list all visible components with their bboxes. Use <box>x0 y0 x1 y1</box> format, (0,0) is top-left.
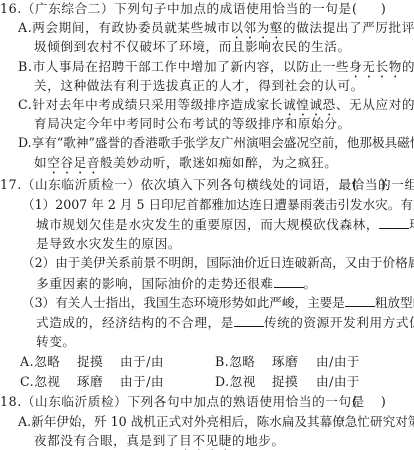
q17-s2-text-post: 。 <box>304 276 317 291</box>
choice-d-word3: 由/由于 <box>316 374 360 390</box>
q16-d-emphasized-idiom: 空谷足音 <box>47 155 100 170</box>
q16-a-text-post: 的做法提出了严厉批评，认为将垃 <box>283 20 414 35</box>
q16-c-text: C.针对去年中考成绩只采用等级排序造成家长 <box>18 97 283 112</box>
answer-paren-16[interactable]: ( ) <box>352 1 386 17</box>
q17-s3-text: （3）有关人士指出，我国生态环境形势如此严峻，主要是 <box>22 295 345 310</box>
choice-b-word2: 琢磨 <box>272 354 298 370</box>
choice-c-word3: 由于/由 <box>120 374 164 390</box>
q16-a-emphasized-idiom: 以邻为壑 <box>230 20 283 35</box>
q16-option-c-cont: 育局决定今年中考同时公布考试的等级排序和原始分。 <box>34 116 351 133</box>
answer-paren-18[interactable]: ( ) <box>352 394 386 410</box>
choice-b-word1: B.忽略 <box>215 354 255 370</box>
q17-sentence-3: （3）有关人士指出，我国生态环境形势如此严峻，主要是粗放型的经济增长方 <box>22 294 414 311</box>
q18-a-text-post: 的地步。 <box>232 433 285 448</box>
q17-sentence-1-cont: 城市规划欠佳是水灾发生的重要原因，而大规模砍伐森林，环境保护，也 <box>36 216 414 233</box>
question-16-text: 16.（广东综合二）下列句子中加点的成语使用恰当的一句是 <box>0 1 352 16</box>
q16-d-text: 如 <box>34 155 47 170</box>
q17-sentence-2-cont: 多重因素的影响，国际油价的走势还很难。 <box>36 275 317 292</box>
q16-option-a: A.两会期间，有政协委员就某些城市以邻为壑的做法提出了严厉批评，认为将垃 <box>18 20 414 37</box>
q18-option-a-cont: 夜都没有合眼，真是到了目不见睫的地步。 <box>34 433 285 450</box>
choice-a-word1: A.忽略 <box>20 354 60 370</box>
blank-2[interactable] <box>274 275 304 288</box>
q16-b-text: B.市人事局在招聘干部工作中增加了新内容，以防止一些 <box>18 59 349 74</box>
blank-3[interactable] <box>345 294 375 307</box>
q16-b-emphasized-idiom: 身无长物 <box>349 59 402 74</box>
choice-d-word1: D.忽视 <box>215 374 256 390</box>
q18-a-emphasized-idiom: 目不见睫 <box>179 433 232 448</box>
q16-c-emphasized-idiom: 诚惶诚恐 <box>283 97 336 112</box>
q16-d-text-post: 般美妙动听，歌迷如痴如醉，为之疯狂。 <box>100 155 338 170</box>
q17-s3-text-post: 粗放型的经济增长方 <box>375 295 414 310</box>
q17-s2-text: 多重因素的影响，国际油价的走势还很难 <box>36 276 274 291</box>
q17-s3-text-2-post: 传统的资源开发利用方式仍未根本 <box>264 315 414 330</box>
q16-c-text-post: 、无从应对的情况，市教 <box>336 97 414 112</box>
choice-c-word2: 琢磨 <box>77 374 103 390</box>
q17-sentence-3-cont: 式造成的，经济结构的不合理，是传统的资源开发利用方式仍未根本 <box>36 314 414 331</box>
q17-s3-text-2: 式造成的，经济结构的不合理，是 <box>36 315 234 330</box>
q16-b-text-post: 的人蒙混过 <box>402 59 414 74</box>
q16-option-b: B.市人事局在招聘干部工作中增加了新内容，以防止一些身无长物的人蒙混过 <box>18 59 414 76</box>
q17-s1-text: 城市规划欠佳是水灾发生的重要原因，而大规模砍伐森林， <box>36 217 379 232</box>
choice-a-word2: 捉摸 <box>77 354 103 370</box>
q17-sentence-2: （2）由于美伊关系前景不明朗，国际油价近日连破新高，又由于价格属性的变异等 <box>22 255 414 272</box>
q18-a-text: 夜都没有合眼，真是到了 <box>34 433 179 448</box>
blank-4[interactable] <box>234 314 264 327</box>
answer-paren-17[interactable]: ( ) <box>352 177 386 193</box>
q16-option-c: C.针对去年中考成绩只采用等级排序造成家长诚惶诚恐、无从应对的情况，市教 <box>18 97 414 114</box>
choice-d-word2: 捉摸 <box>272 374 298 390</box>
q16-option-d-cont: 如空谷足音般美妙动听，歌迷如痴如醉，为之疯狂。 <box>34 155 337 172</box>
q16-option-a-cont: 圾倾倒到农村不仅破坏了环境，而且影响农民的生活。 <box>34 39 351 56</box>
choice-b-word3: 由/由于 <box>316 354 360 370</box>
q16-a-text: A.两会期间，有政协委员就某些城市 <box>18 20 230 35</box>
choice-c-word1: C.忽视 <box>20 374 60 390</box>
q17-s1-text-post: 环境保护，也 <box>409 217 414 232</box>
q17-sentence-3-end: 转变。 <box>36 334 76 351</box>
q16-option-b-cont: 关，这种做法有利于选拔真正的人才，得到社会的认可。 <box>34 78 364 95</box>
exam-page: 16.（广东综合二）下列句子中加点的成语使用恰当的一句是 ( ) A.两会期间，… <box>0 0 414 450</box>
q17-sentence-1: （1）2007 年 2 月 5 日印尼首都雅加达连日遭暴雨袭击引发水灾。有关人士… <box>22 197 414 214</box>
q17-sentence-1-end: 是导致水灾发生的原因。 <box>36 236 181 253</box>
blank-1[interactable] <box>379 216 409 229</box>
question-18-heading: 18.（山东临沂质检）下列各句中加点的熟语使用恰当的一句是 <box>0 394 365 411</box>
choice-a-word3: 由于/由 <box>120 354 164 370</box>
q16-option-d: D.享有“歌神”盛誉的香港歌手张学友广州演唱会盛况空前，他那极具磁性的歌声 <box>18 135 414 152</box>
question-16-heading: 16.（广东综合二）下列句子中加点的成语使用恰当的一句是 <box>0 1 352 18</box>
q18-option-a: A.新年伊始，歼 10 战机正式对外亮相后，陈水扁及其幕僚急忙研究对策，几天几 <box>18 414 414 431</box>
